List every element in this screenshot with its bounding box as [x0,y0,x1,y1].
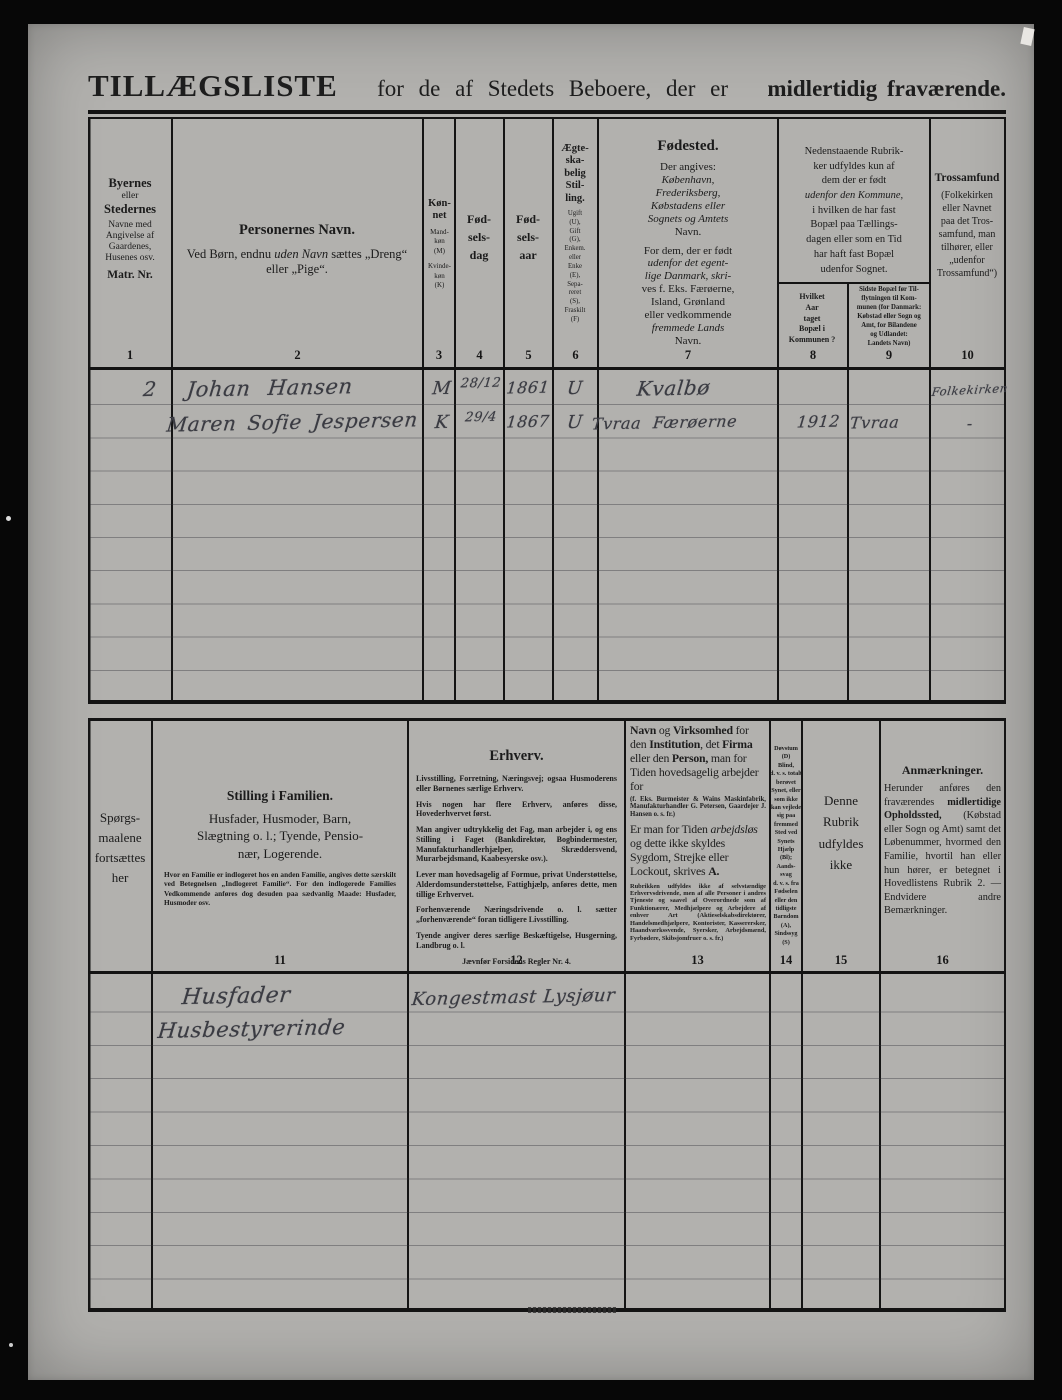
col1-line: Navne med Angivelse af Gaardenes, Husene… [90,220,170,265]
col-number-15: 15 [802,953,880,968]
col2-sub-a: Ved Børn, endnu [187,247,275,261]
col13-seg: Er man for Tiden [630,822,711,836]
col2-subtitle: Ved Børn, endnu uden Navn sættes „Dreng“… [172,247,422,277]
col-number-8: 8 [778,348,848,363]
col1-line: Byernes [90,176,170,191]
group89-seg: Nedenstaaende Rubrik- ker udfyldes kun a… [780,145,928,189]
col13-seg: Person, [672,751,708,765]
col13-seg: , det [700,737,722,751]
col13-seg: Firma [722,737,752,751]
entry-birth-year: 1861 [504,378,552,398]
entry-moved-year: 1912 [796,412,841,432]
table1-group-header-underline [777,282,931,284]
scan-speck [9,1343,13,1347]
col7-seg: Der angives: [600,161,776,174]
col11-fine-print: Hvor en Familie er indlogeret hos en and… [164,870,396,908]
entry-birth-day: 28/12 [457,376,505,392]
form-title-word: TILLÆGSLISTE [88,68,338,104]
table2-col15-header: Denne Rubrik udfyldes ikke [803,790,879,876]
col-number-1: 1 [88,348,172,363]
table2-col12-header: Erhverv. Livsstilling, Forretning, Nærin… [408,748,625,967]
col7-seg: Navn. [600,335,776,348]
scanned-census-page: { "header": { "title_word": "TILLÆGSLIST… [0,0,1062,1400]
table1-col4-header: Fød- sels- dag [455,210,503,264]
col-number-16: 16 [880,953,1005,968]
col10-title: Trossamfund [929,172,1005,186]
table1-bottom-rule [88,700,1006,704]
col1-line: eller [90,191,170,202]
table1-col8-9-group-header: Nedenstaaende Rubrik- ker udfyldes kun a… [780,145,928,277]
col7-seg: udenfor det egent- lige Danmark, skri- [600,257,776,283]
col13-para2: Er man for Tiden arbejdsløs og dette ikk… [630,823,766,879]
table2-continuation-label: Spørgs- maalene fortsættes her [88,808,152,889]
col6-sub: Ugift (U), Gift (G), Enkem. eller Enke (… [553,210,597,325]
col16-body: Herunder anføres den fraværendes midlert… [884,782,1001,918]
table1-col10-header: Trossamfund (Folkekirken eller Navnet pa… [929,172,1005,280]
col-number-2: 2 [172,348,423,363]
table1-col8-header: Hvilket Aar taget Bopæl i Kommunen ? [778,292,846,346]
table1-col3-header: Køn- net Mand- køn (M) Kvinde- køn (K) [423,198,456,290]
col-number-9: 9 [848,348,930,363]
entry-occupation: Kongestmast Lysjøur [411,985,617,1010]
col16-seg: (Købstad eller Sogn og Amt) samt det Løb… [884,810,1001,916]
col-number-11: 11 [152,953,408,968]
col13-para1: Navn og Virksomhed for den Institution, … [630,724,766,794]
col7-seg: For dem, der er født [600,245,776,258]
entry-marital: U [554,378,596,400]
form-title-mid: for de af Stedets Beboere, der er [377,76,728,102]
col11-sub: Husfader, Husmoder, Barn, Slægtning o. l… [152,810,408,863]
table2-col11-header: Stilling i Familien. Husfader, Husmoder,… [152,788,408,908]
col12-para: Man angiver udtrykkelig det Fag, man arb… [416,825,617,864]
col13-seg: A. [708,864,719,878]
col12-para: Tyende angiver deres særlige Beskæftigel… [416,931,617,951]
table1-col7-header: Fødested. Der angives: København, Freder… [600,138,776,348]
col-number-7: 7 [598,348,778,363]
group89-seg: i hvilken de har fast Bopæl paa Tællings… [780,204,928,277]
col12-para: Hvis nogen har flere Erhverv, anføres di… [416,800,617,820]
col7-seg: Navn. [600,226,776,239]
entry-birth-day: 29/4 [457,410,505,426]
col13-seg: Virksomhed [673,723,733,737]
table1-col5-header: Fød- sels- aar [504,210,552,264]
entry-sex: K [427,412,457,434]
entry-birth-year: 1867 [504,412,552,432]
col1-line: Stedernes [90,202,170,217]
col-number-3: 3 [423,348,455,363]
col-number-4: 4 [455,348,504,363]
entry-marital: U [554,412,596,434]
col12-para: Livsstilling, Forretning, Næringsvej; og… [416,774,617,794]
table2-header-bottom-rule [88,971,1006,974]
col-number-6: 6 [553,348,598,363]
col16-title: Anmærkninger. [881,763,1004,777]
col13-seg: Institution [649,737,700,751]
col2-sub-b: uden Navn [274,247,328,261]
col7-seg: fremmede Lands [600,322,776,335]
col6-title: Ægte- ska- belig Stil- ling. [553,143,597,205]
table1-col9-header: Sidste Bopæl før Til- flytningen til Kom… [850,286,928,349]
col-number-14: 14 [770,953,802,968]
col12-para: Forhenværende Næringsdrivende o. l. sætt… [416,905,617,925]
title-rule-1 [88,110,1006,114]
col13-seg: og [656,723,673,737]
form-title-bold: midlertidig fraværende. [767,76,1006,102]
col7-seg: ves f. Eks. Færøerne, Island, Grønland e… [600,283,776,322]
col7-title: Fødested. [600,138,776,156]
col3-sub2: Kvinde- køn (K) [423,262,456,290]
entry-last-residence: Tvraa [849,412,900,432]
form-title: TILLÆGSLISTE for de af Stedets Beboere, … [88,68,1006,104]
table1-col2-header: Personernes Navn. Ved Børn, endnu uden N… [172,222,422,277]
entry-family-position: Husfader [181,983,292,1010]
col3-title: Køn- net [423,198,456,223]
entry-birthplace: Kvalbø [636,375,712,401]
table1-col1-header: Byernes eller Stedernes Navne med Angive… [90,176,170,282]
table1-col6-header: Ægte- ska- belig Stil- ling. Ugift (U), … [553,143,597,325]
col-number-13: 13 [625,953,770,968]
col13-seg: arbejdsløs [711,822,758,836]
col1-line: Matr. Nr. [90,269,170,283]
printer-imprint [528,1307,616,1313]
col12-para: Lever man hovedsagelig af Formue, privat… [416,870,617,899]
entry-family-position: Husbestyrerinde [157,1015,347,1043]
table2-col14-header: Døvstum (D) Blind, d. v. s. totalt berøv… [770,745,802,947]
col-number-10: 10 [930,348,1005,363]
col-number-5: 5 [504,348,553,363]
scan-speck [6,516,11,521]
col13-fine1: (f. Eks. Burmeister & Wains Maskinfabrik… [630,796,766,819]
col13-seg: eller den [630,751,672,765]
col13-fine2: Rubrikken udfyldes ikke af selvstændige … [630,883,766,942]
col3-sub1: Mand- køn (M) [423,228,456,256]
col13-seg: Navn [630,723,656,737]
table2-col13-header: Navn og Virksomhed for den Institution, … [630,724,766,942]
table1-header-bottom-rule [88,367,1006,370]
col2-title: Personernes Navn. [172,222,422,239]
entry-religion-ditto: - [954,414,986,434]
col11-title: Stilling i Familien. [152,788,408,804]
entry-matr-nr: 2 [129,377,172,402]
col7-seg: København, Frederiksberg, Købstadens ell… [600,174,776,226]
col12-title: Erhverv. [408,748,625,765]
col10-body: (Folkekirken eller Navnet paa det Tros- … [929,189,1005,280]
entry-name: Johan Hansen [186,374,354,401]
entry-sex: M [427,378,457,400]
group89-seg: udenfor den Kommune, [780,189,928,204]
entry-birthplace: Tvraa Færøerne [591,411,738,433]
col-number-12: 12 [408,953,625,968]
table2-col16-header: Anmærkninger. Herunder anføres den fravæ… [881,763,1004,918]
